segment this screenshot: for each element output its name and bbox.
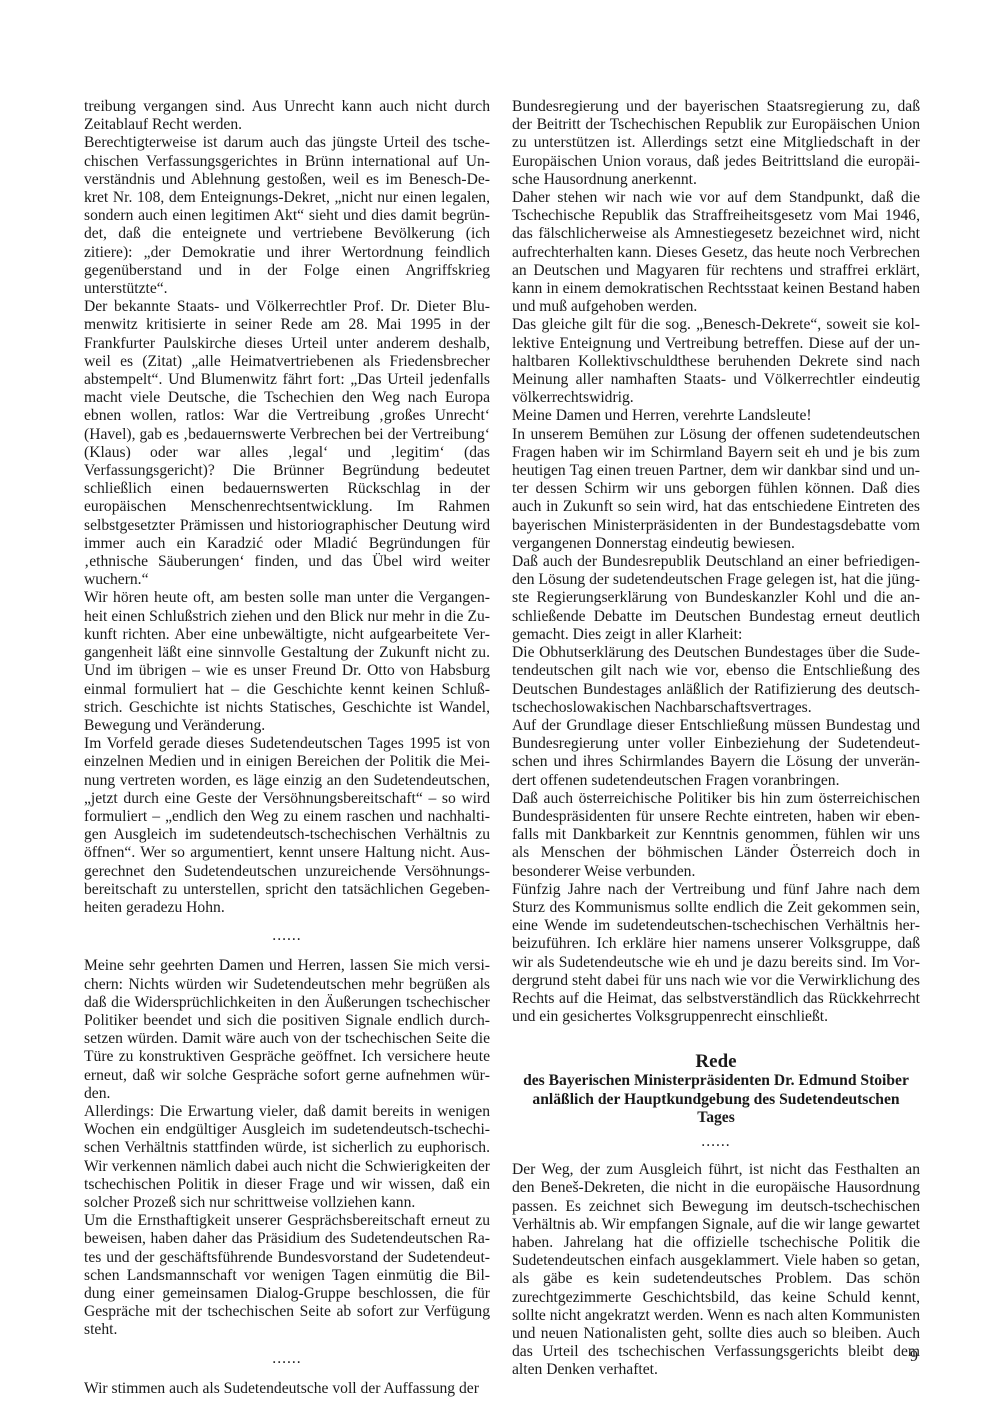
paragraph: Wir hören heute oft, am besten solle man… <box>84 589 490 735</box>
paragraph: In unserem Bemühen zur Lösung der offene… <box>512 426 920 553</box>
paragraph: Die Obhutserklärung des Deutschen Bundes… <box>512 644 920 717</box>
paragraph: Daß auch österreichische Politiker bis h… <box>512 790 920 881</box>
section-separator: ...... <box>84 927 490 945</box>
paragraph: Daher stehen wir nach wie vor auf dem St… <box>512 189 920 316</box>
paragraph: Wir stimmen auch als Sudetendeutsche vol… <box>84 1380 490 1398</box>
speech-subtitle-line-1: des Bayerischen Ministerpräsidenten Dr. … <box>512 1072 920 1090</box>
paragraph: Meine Damen und Herren, verehrte Landsle… <box>512 407 920 425</box>
section-separator: ...... <box>512 1133 920 1151</box>
paragraph: Der Weg, der zum Ausgleich führt, ist ni… <box>512 1161 920 1379</box>
paragraph: Der bekannte Staats- und Völkerrechtler … <box>84 298 490 589</box>
paragraph: Um die Ernsthaftigkeit unserer Gesprächs… <box>84 1212 490 1339</box>
speech-heading: Rede des Bayerischen Ministerpräsidenten… <box>512 1052 920 1127</box>
paragraph: Allerdings: Die Erwartung vieler, daß da… <box>84 1103 490 1212</box>
paragraph: Das gleiche gilt für die sog. „Benesch-D… <box>512 316 920 407</box>
speech-title: Rede <box>512 1052 920 1072</box>
paragraph: Auf der Grundlage dieser Entschließung m… <box>512 717 920 790</box>
paragraph: Meine sehr geehrten Damen und Herren, la… <box>84 957 490 1103</box>
paragraph: Berechtigterweise ist darum auch das jün… <box>84 134 490 298</box>
document-page: treibung vergangen sind. Aus Unrecht kan… <box>0 0 1000 1412</box>
paragraph: Fünfzig Jahre nach der Vertreibung und f… <box>512 881 920 1027</box>
section-separator: ...... <box>84 1350 490 1368</box>
paragraph: treibung vergangen sind. Aus Unrecht kan… <box>84 98 490 134</box>
paragraph: Bundesregierung und der bayerischen Staa… <box>512 98 920 189</box>
paragraph: Daß auch der Bundesrepublik Deutschland … <box>512 553 920 644</box>
page-number: 9 <box>910 1348 918 1366</box>
right-column: Bundesregierung und der bayerischen Staa… <box>512 98 920 1380</box>
paragraph: Im Vorfeld gerade dieses Sudetendeutsche… <box>84 735 490 917</box>
left-column: treibung vergangen sind. Aus Unrecht kan… <box>84 98 490 1398</box>
speech-subtitle-line-2: anläßlich der Hauptkundgebung des Sudete… <box>512 1091 920 1127</box>
